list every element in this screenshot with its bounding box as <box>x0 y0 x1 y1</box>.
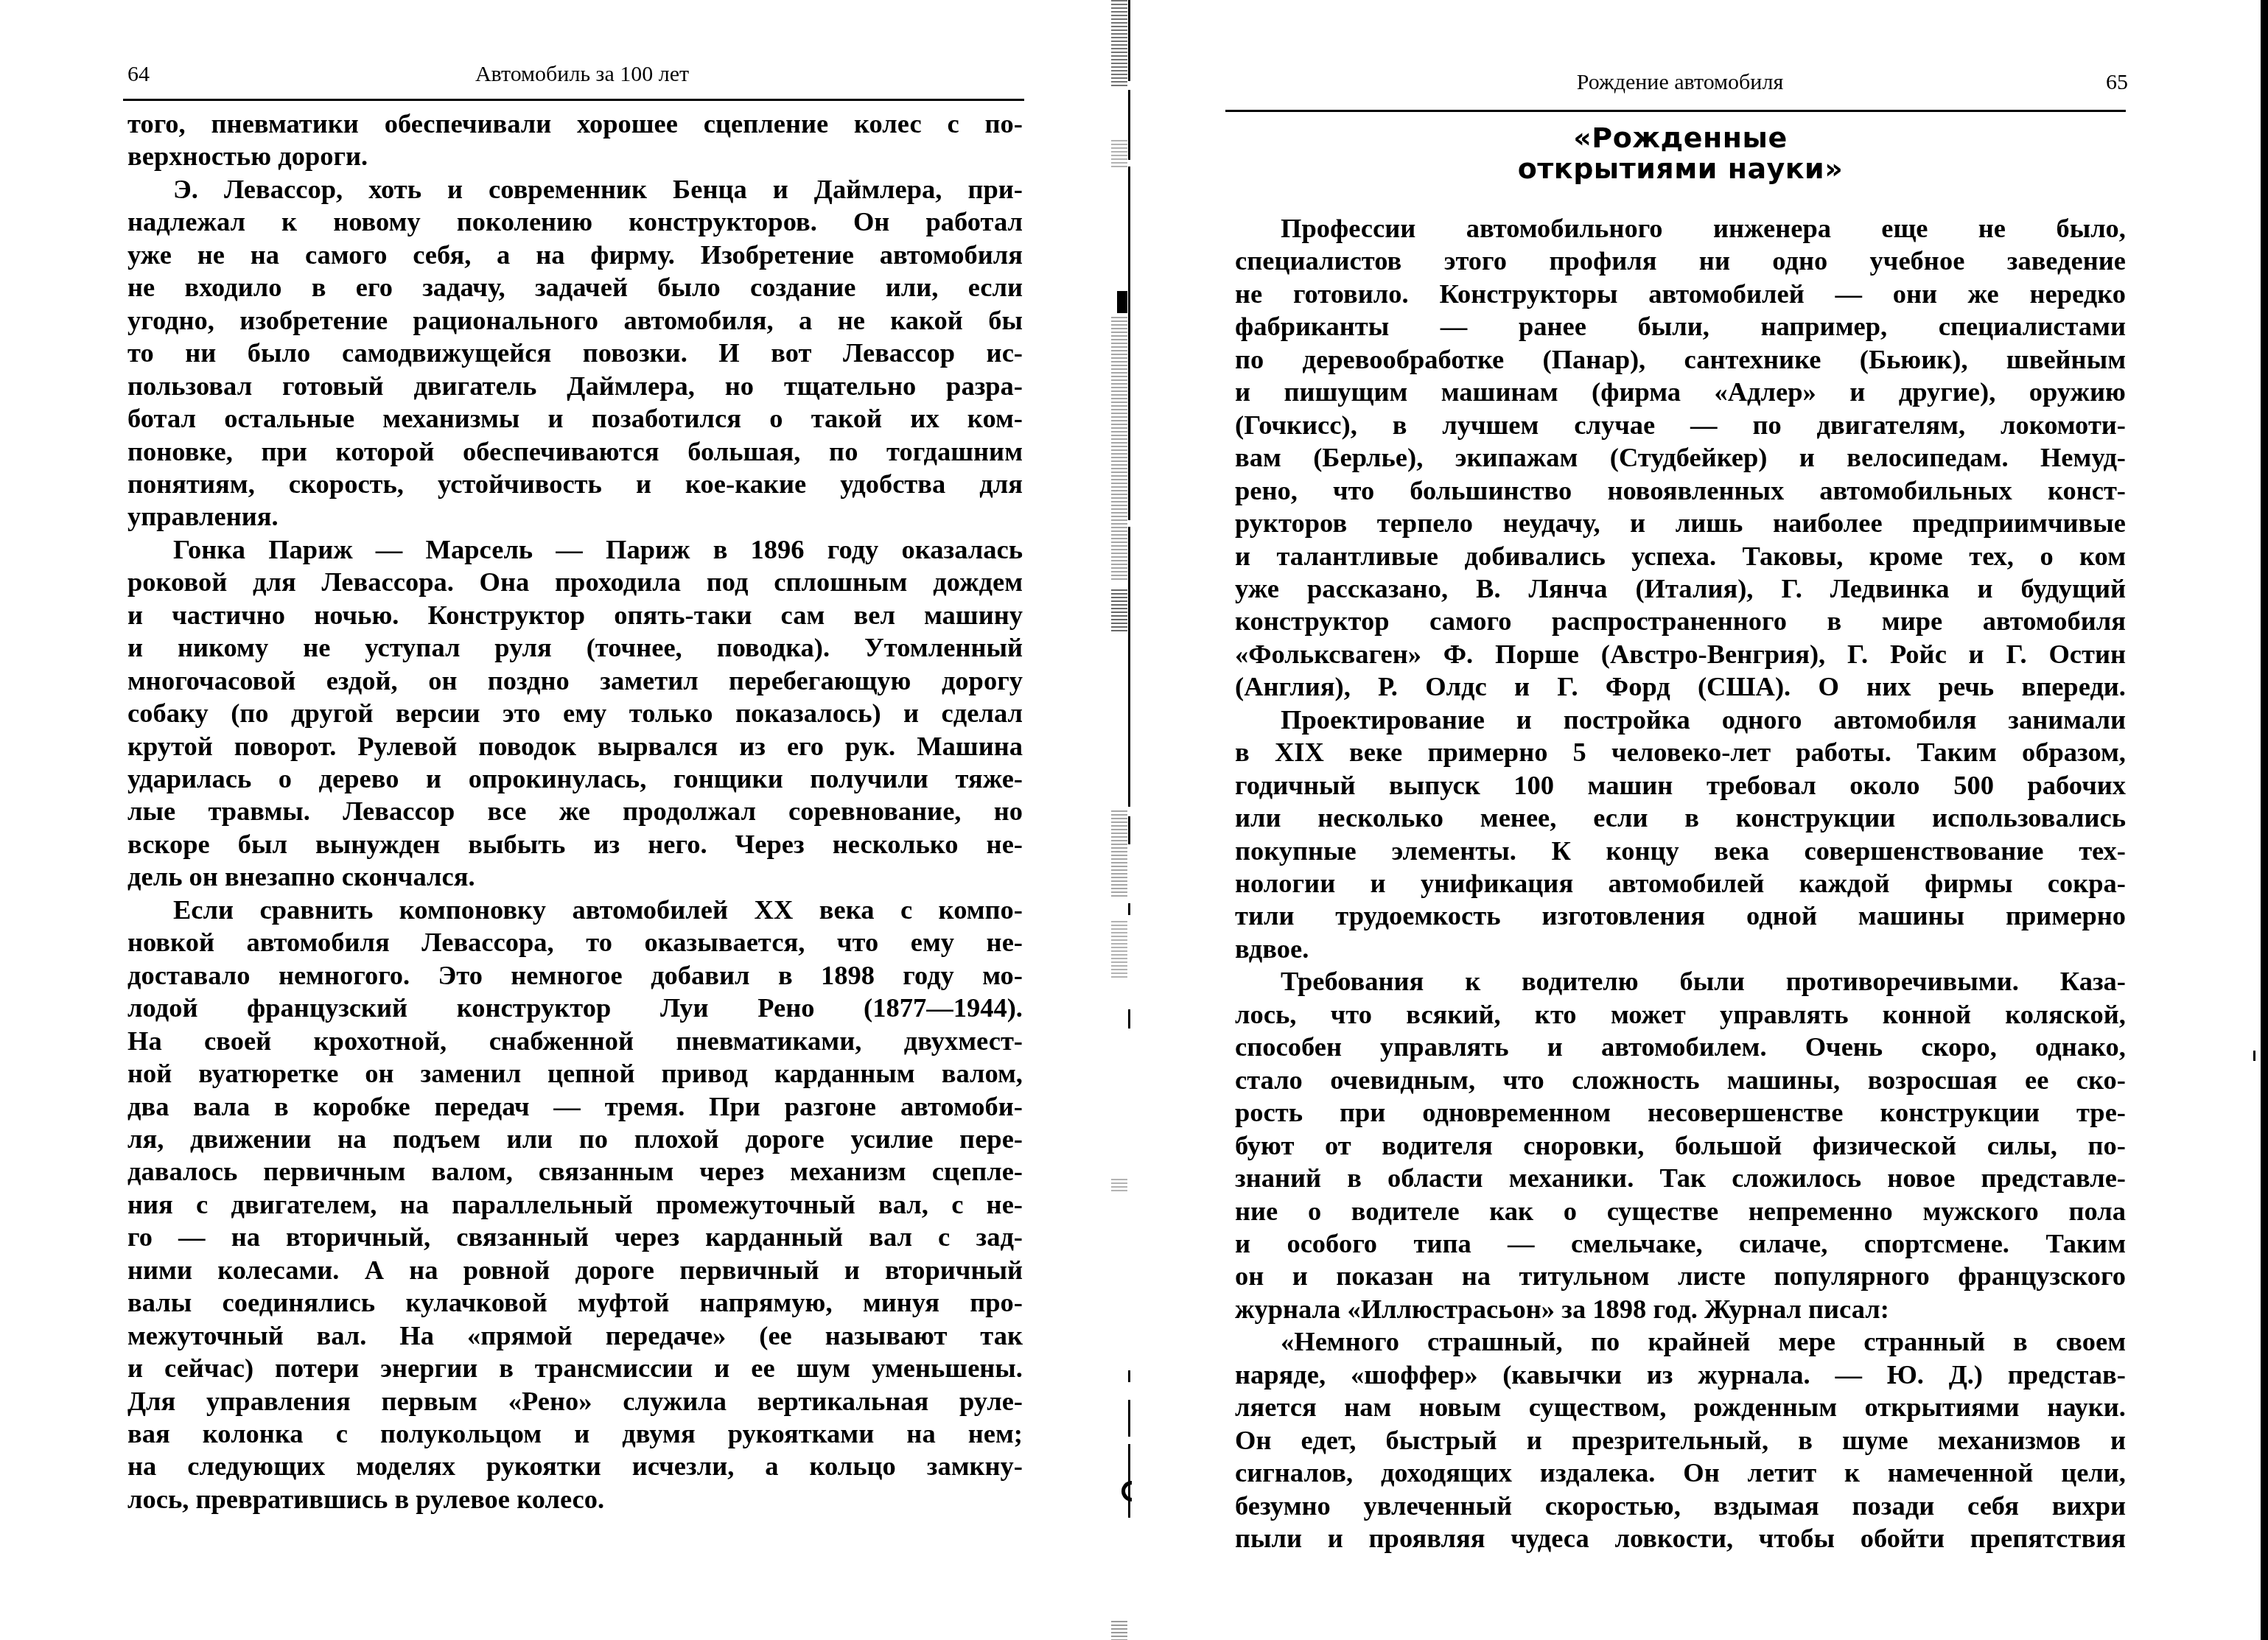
text-line: буют от водителя сноровки, большой физич… <box>1235 1131 2126 1160</box>
text-line: конструктор самого распространенного в м… <box>1235 606 2126 636</box>
text-line: рость при одновременном несовершенстве к… <box>1235 1098 2126 1127</box>
text-line: ними колесами. А на ровной дороге первич… <box>127 1255 1023 1285</box>
header-rule-left <box>123 99 1024 101</box>
text-line: тили трудоемкость изготовления одной маш… <box>1235 901 2126 931</box>
text-line: лодой французский конструктор Луи Рено (… <box>127 993 1023 1023</box>
text-line: вам (Берлье), экипажам (Студбейкер) и ве… <box>1235 443 2126 472</box>
text-line: Гонка Париж — Марсель — Париж в 1896 год… <box>173 535 1023 564</box>
text-line: пыли и проявляя чудеса ловкости, чтобы о… <box>1235 1524 2126 1553</box>
text-line: фабриканты — ранее были, например, специ… <box>1235 312 2126 341</box>
text-line: Профессии автомобильного инженера еще не… <box>1281 214 2126 243</box>
text-line: Требования к водителю были противоречивы… <box>1281 967 2126 996</box>
text-line: вдвое. <box>1235 934 2126 964</box>
gutter-fold-line <box>1128 0 1130 81</box>
gutter-fold-line <box>1128 1370 1130 1382</box>
text-line: собаку (по другой версии это ему только … <box>127 698 1023 728</box>
text-line: многочасовой ездой, он поздно заметил пе… <box>127 666 1023 695</box>
text-line: роковой для Левассора. Она проходила под… <box>127 567 1023 597</box>
text-line: «Фольксваген» Ф. Порше (Австро-Венгрия),… <box>1235 639 2126 669</box>
text-line: и талантливые добивались успеха. Таковы,… <box>1235 542 2126 571</box>
text-line: по деревообработке (Панар), сантехнике (… <box>1235 345 2126 374</box>
text-line: лось, что всякий, кто может управлять ко… <box>1235 1000 2126 1029</box>
text-line: или несколько менее, если в конструкции … <box>1235 803 2126 833</box>
text-line: лось, превратившись в рулевое колесо. <box>127 1485 1023 1514</box>
gutter-fold-line <box>1128 90 1130 160</box>
text-line: ния с двигателем, на параллельный промеж… <box>127 1190 1023 1219</box>
text-line: поновке, при которой обеспечиваются боль… <box>127 437 1023 466</box>
text-line: на следующих моделях рукоятки исчезли, а… <box>127 1451 1023 1481</box>
gutter-fold-line <box>1128 1400 1130 1437</box>
text-line: он и показан на титульном листе популярн… <box>1235 1261 2126 1291</box>
text-line: способен управлять и автомобилем. Очень … <box>1235 1032 2126 1062</box>
text-line: ляется нам новым существом, рожденным от… <box>1235 1392 2126 1422</box>
text-line: и особого типа — смельчаке, силаче, спор… <box>1235 1229 2126 1258</box>
text-line: вскоре был вынужден выбыть из него. Чере… <box>127 830 1023 859</box>
gutter-fold-line <box>1128 816 1130 844</box>
text-line: то ни было самодвижущейся повозки. И вот… <box>127 338 1023 368</box>
text-line: того, пневматики обеспечивали хорошее сц… <box>127 109 1023 139</box>
text-line: и пишущим машинам (фирма «Адлер» и други… <box>1235 377 2126 407</box>
gutter-fold-line <box>1128 903 1130 915</box>
gutter-fold-line <box>1128 527 1130 807</box>
text-line: рено, что большинство новоявленных автом… <box>1235 476 2126 505</box>
text-line: и частично ночью. Конструктор опять-таки… <box>127 600 1023 630</box>
gutter-fold-line <box>1128 167 1130 520</box>
text-line: Для управления первым «Рено» служила вер… <box>127 1387 1023 1416</box>
text-line: доставало немногого. Это немногое добави… <box>127 961 1023 990</box>
text-line: наряде, «шоффер» (кавычки из журнала. — … <box>1235 1360 2126 1390</box>
header-rule-right <box>1225 110 2126 112</box>
text-line: (Гочкисс), в лучшем случае — по двигател… <box>1235 410 2126 440</box>
text-line: уже не на самого себя, а на фирму. Изобр… <box>127 240 1023 270</box>
text-line: журнала «Иллюстрасьон» за 1898 год. Журн… <box>1235 1294 2126 1324</box>
left-page: 64 Автомобиль за 100 лет того, пневматик… <box>0 0 1105 1640</box>
text-line: управления. <box>127 502 1023 531</box>
text-line: (Англия), Р. Олдс и Г. Форд (США). О них… <box>1235 672 2126 701</box>
text-line: ля, движении на подъем или по плохой дор… <box>127 1124 1023 1154</box>
text-line: «Немного страшный, по крайней мере стран… <box>1281 1327 2126 1356</box>
text-line: в XIX веке примерно 5 человеко-лет работ… <box>1235 737 2126 767</box>
text-line: уже рассказано, В. Лянча (Италия), Г. Ле… <box>1235 574 2126 603</box>
text-line: понятиям, скорость, устойчивость и кое-к… <box>127 469 1023 499</box>
text-line: верхностью дороги. <box>127 141 1023 171</box>
text-line: Проектирование и постройка одного автомо… <box>1281 705 2126 735</box>
text-line: лые травмы. Левассор все же продолжал со… <box>127 796 1023 826</box>
text-line: межуточный вал. На «прямой передаче» (ее… <box>127 1321 1023 1350</box>
right-edge-tick <box>2253 1051 2255 1061</box>
running-head-right: Рождение автомобиля <box>1533 71 1827 94</box>
text-line: сигналов, доходящих издалека. Он летит к… <box>1235 1458 2126 1487</box>
text-line: ной вуатюретке он заменил цепной привод … <box>127 1059 1023 1088</box>
page-number-right: 65 <box>2099 71 2128 94</box>
section-title-line-2: открытиями науки» <box>1235 153 2126 184</box>
running-head-left: Автомобиль за 100 лет <box>442 63 722 85</box>
text-line: знаний в области механики. Так сложилось… <box>1235 1163 2126 1193</box>
right-page: Рождение автомобиля 65 «Рожденные открыт… <box>1135 0 2261 1640</box>
text-line: специалистов этого профиля ни одно учебн… <box>1235 246 2126 276</box>
page-number-left: 64 <box>127 63 150 85</box>
text-line: стало очевидным, что сложность машины, в… <box>1235 1065 2126 1095</box>
text-line: ние о водителе как о существе непременно… <box>1235 1196 2126 1226</box>
right-edge-scan-bar <box>2261 0 2268 1640</box>
text-line: пользовал готовый двигатель Даймлера, но… <box>127 371 1023 401</box>
text-line: ботал остальные механизмы и позаботился … <box>127 404 1023 433</box>
text-line: дель он внезапно скончался. <box>127 862 1023 891</box>
text-line: и сейчас) потери энергии в трансмиссии и… <box>127 1353 1023 1383</box>
text-line: нологии и унификация автомобилей каждой … <box>1235 869 2126 898</box>
text-line: ударилась о дерево и опрокинулась, гонщи… <box>127 764 1023 793</box>
text-line: Э. Левассор, хоть и современник Бенца и … <box>173 175 1023 204</box>
text-line: давалось первичным валом, связанным чере… <box>127 1157 1023 1186</box>
text-line: не входило в его задачу, задачей было со… <box>127 273 1023 302</box>
text-line: Он едет, быстрый и презрительный, в шуме… <box>1235 1426 2126 1455</box>
text-line: угодно, изобретение рационального автомо… <box>127 306 1023 335</box>
text-line: безумно увлеченный скоростью, вздымая по… <box>1235 1491 2126 1521</box>
gutter-scan-noise <box>1111 0 1127 1640</box>
text-line: не готовило. Конструкторы автомобилей — … <box>1235 279 2126 309</box>
text-line: рукторов терпело неудачу, и лишь наиболе… <box>1235 508 2126 538</box>
text-line: вая колонка с полукольцом и двумя рукоят… <box>127 1419 1023 1448</box>
text-line: годичный выпуск 100 машин требовал около… <box>1235 771 2126 800</box>
text-line: Если сравнить компоновку автомобилей XX … <box>173 895 1023 925</box>
text-line: два вала в коробке передач — тремя. При … <box>127 1092 1023 1121</box>
section-title-line-1: «Рожденные <box>1235 122 2126 153</box>
text-line: покупные элементы. К концу века совершен… <box>1235 836 2126 866</box>
text-line: валы соединялись кулачковой муфтой напря… <box>127 1288 1023 1317</box>
text-line: надлежал к новому поколению конструкторо… <box>127 207 1023 236</box>
gutter-fold-line <box>1128 1014 1130 1028</box>
text-line: го — на вторичный, связанный через карда… <box>127 1222 1023 1252</box>
text-line: и никому не уступал руля (точнее, поводк… <box>127 633 1023 662</box>
text-line: На своей крохотной, снабженной пневматик… <box>127 1026 1023 1056</box>
text-line: новкой автомобиля Левассора, то оказывае… <box>127 928 1023 957</box>
text-line: крутой поворот. Рулевой поводок вырвался… <box>127 732 1023 761</box>
